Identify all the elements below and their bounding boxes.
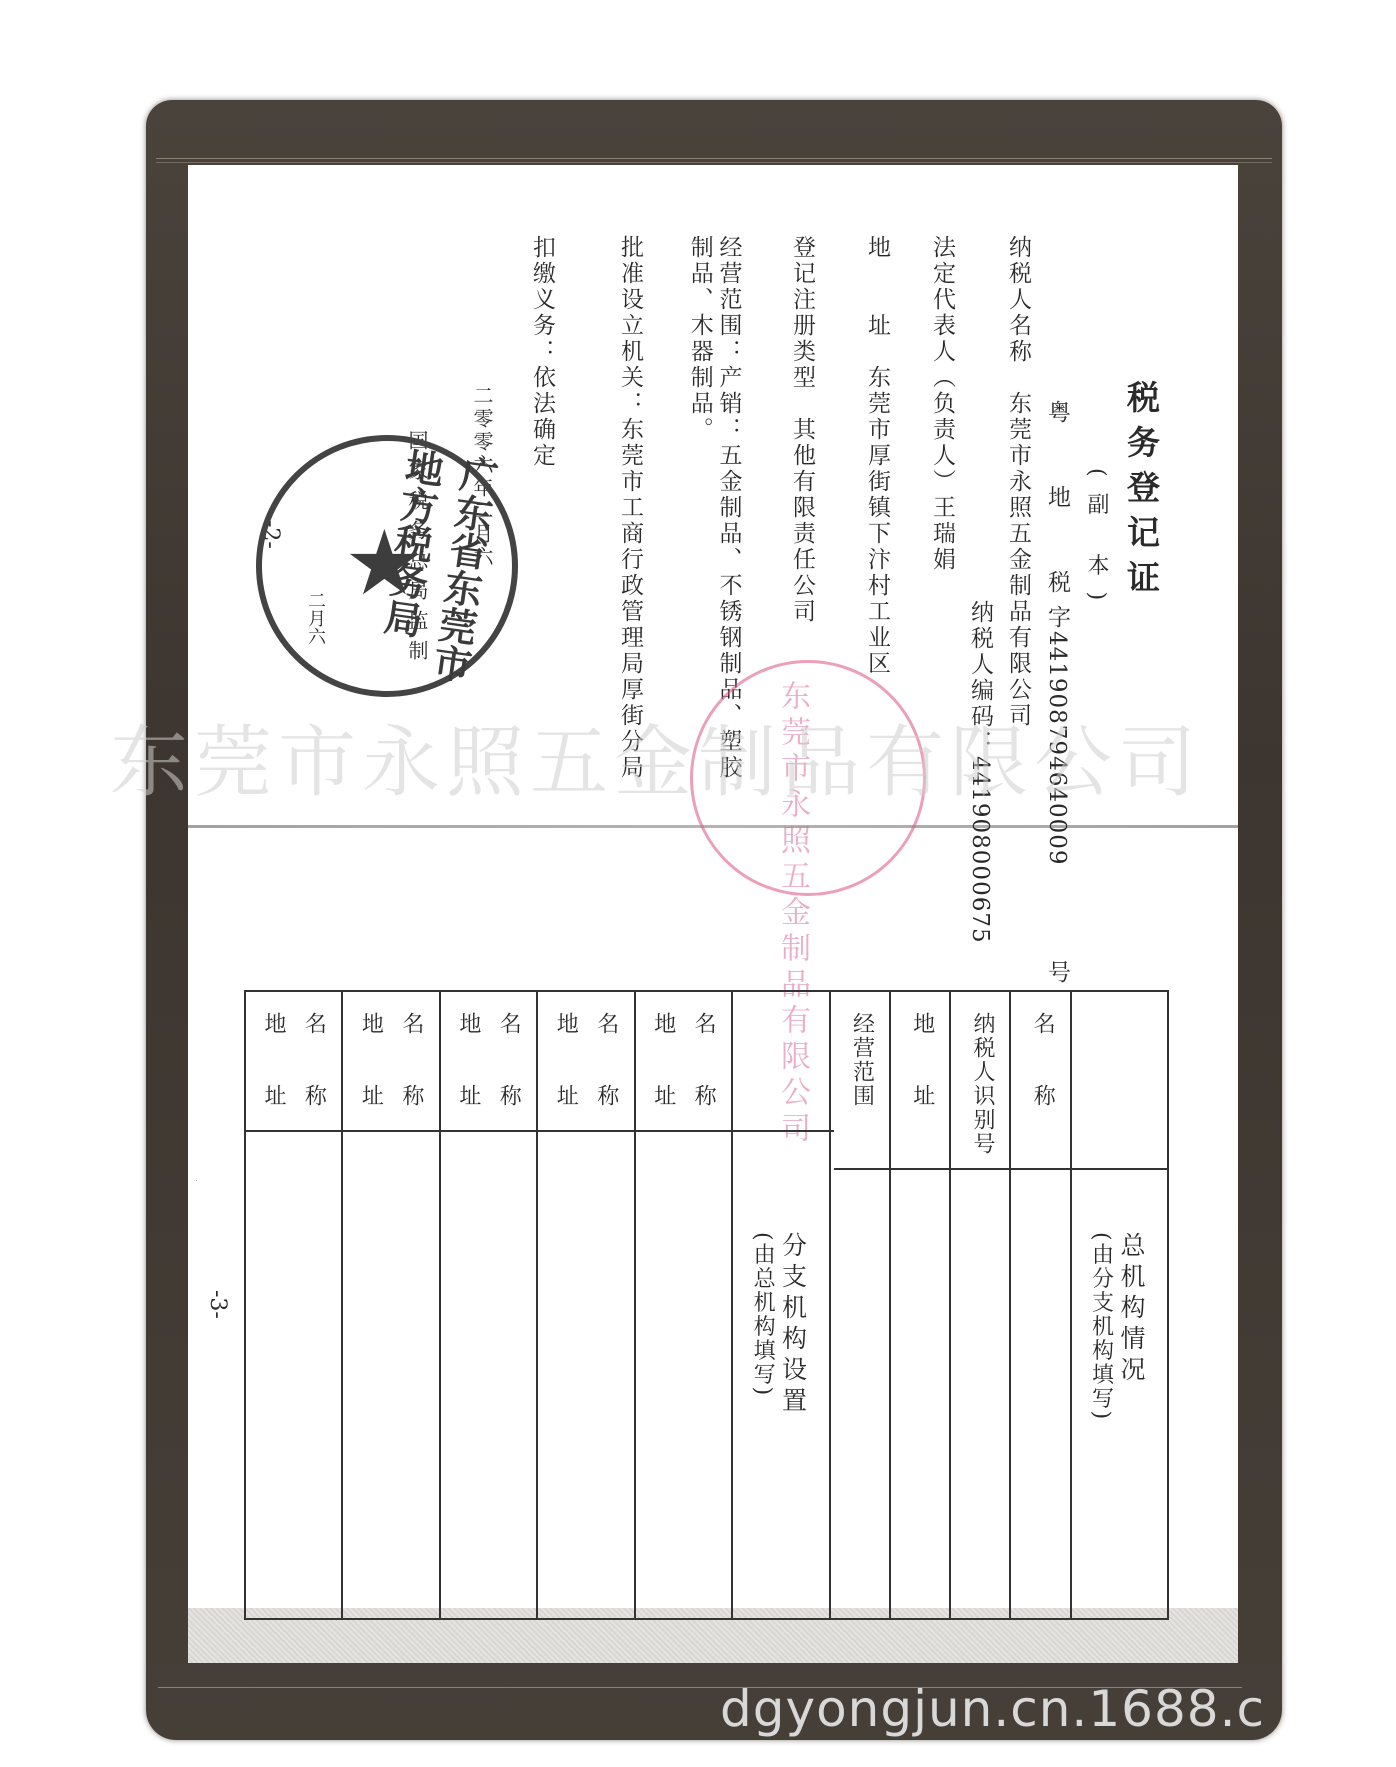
head-office-name-row: 名 称 bbox=[1010, 991, 1070, 1619]
branch-row-2: 名 称 地 址 bbox=[537, 991, 634, 1619]
field-withholding: 扣缴义务：依法确定 bbox=[530, 235, 553, 469]
star-icon: ★ bbox=[344, 519, 425, 609]
tax-prefix: 粤 地 税 bbox=[1045, 400, 1068, 611]
branch-info-table: 名 称 地 址 名 称 地 址 名 称 地 址 名 称 地 址 名 称 地 址 … bbox=[244, 990, 1169, 1620]
page-number-3: -3- bbox=[205, 1290, 230, 1319]
url-watermark: dgyongjun.cn.1688.c bbox=[720, 1680, 1265, 1738]
field-legal-rep: 法定代表人（负责人）王瑞娟 bbox=[930, 235, 953, 573]
branch-row-5: 名 称 地 址 bbox=[245, 991, 342, 1619]
head-office-section-header: 总机构情况 (由分支机构填写) bbox=[1071, 991, 1168, 1619]
branch-row-3: 名 称 地 址 bbox=[440, 991, 537, 1619]
branch-row-1: 名 称 地 址 bbox=[635, 991, 732, 1619]
tax-cert-suffix: 号 bbox=[1045, 960, 1068, 986]
head-office-id-row: 纳税人识别号 bbox=[950, 991, 1010, 1619]
company-watermark: 东莞市永照五金制品有限公司 bbox=[110, 700, 1310, 812]
head-office-divider bbox=[834, 1168, 1169, 1170]
branch-row-4: 名 称 地 址 bbox=[342, 991, 439, 1619]
head-office-address-row: 地 址 bbox=[890, 991, 950, 1619]
field-taxpayer-name: 纳税人名称 东莞市永照五金制品有限公司 bbox=[1006, 235, 1029, 729]
head-office-scope-row: 经营范围 bbox=[830, 991, 890, 1619]
certificate-subtitle: (副 本) bbox=[1085, 468, 1107, 616]
branch-section-header: 分支机构设置 (由总机构填写) bbox=[732, 991, 829, 1619]
field-registration-type: 登记注册类型 其他有限责任公司 bbox=[790, 235, 813, 625]
tax-bureau-seal: 广东省东莞市地方税务局 ★ 二月六 bbox=[256, 435, 518, 697]
certificate-title: 税务登记证 bbox=[1125, 380, 1158, 605]
branch-divider bbox=[244, 1130, 834, 1132]
field-address: 地 址 东莞市厚街镇下汴村工业区 bbox=[865, 235, 888, 677]
